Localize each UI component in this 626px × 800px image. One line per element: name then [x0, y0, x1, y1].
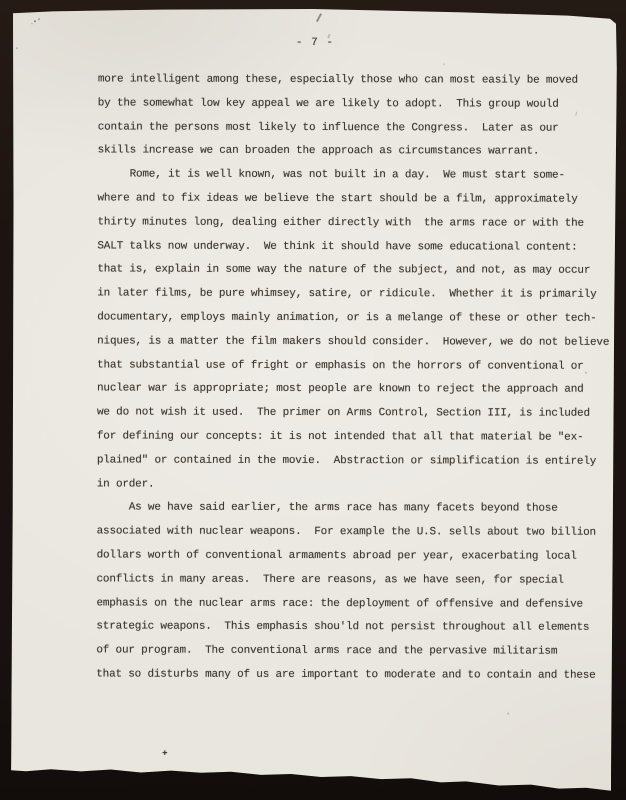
dust-speck: [31, 23, 33, 24]
document-page: - 7 - more intelligent among these, espe…: [11, 7, 618, 793]
stray-tick-mark: [316, 13, 322, 22]
dust-speck: [443, 63, 445, 65]
dust-speck: [16, 47, 18, 49]
dust-speck: [162, 386, 164, 388]
dust-speck: [34, 20, 36, 22]
stray-plus-mark: +: [162, 749, 167, 759]
document-body-text: more intelligent among these, especially…: [96, 68, 610, 688]
dust-speck: [38, 18, 40, 20]
dust-speck: [507, 713, 509, 715]
page-number: - 7 -: [296, 37, 334, 49]
photo-backdrop: { "document": { "page_number": "- 7 -", …: [0, 0, 626, 800]
dust-speck: [353, 108, 355, 109]
dust-speck: [585, 372, 587, 374]
dust-speck: [498, 104, 500, 106]
